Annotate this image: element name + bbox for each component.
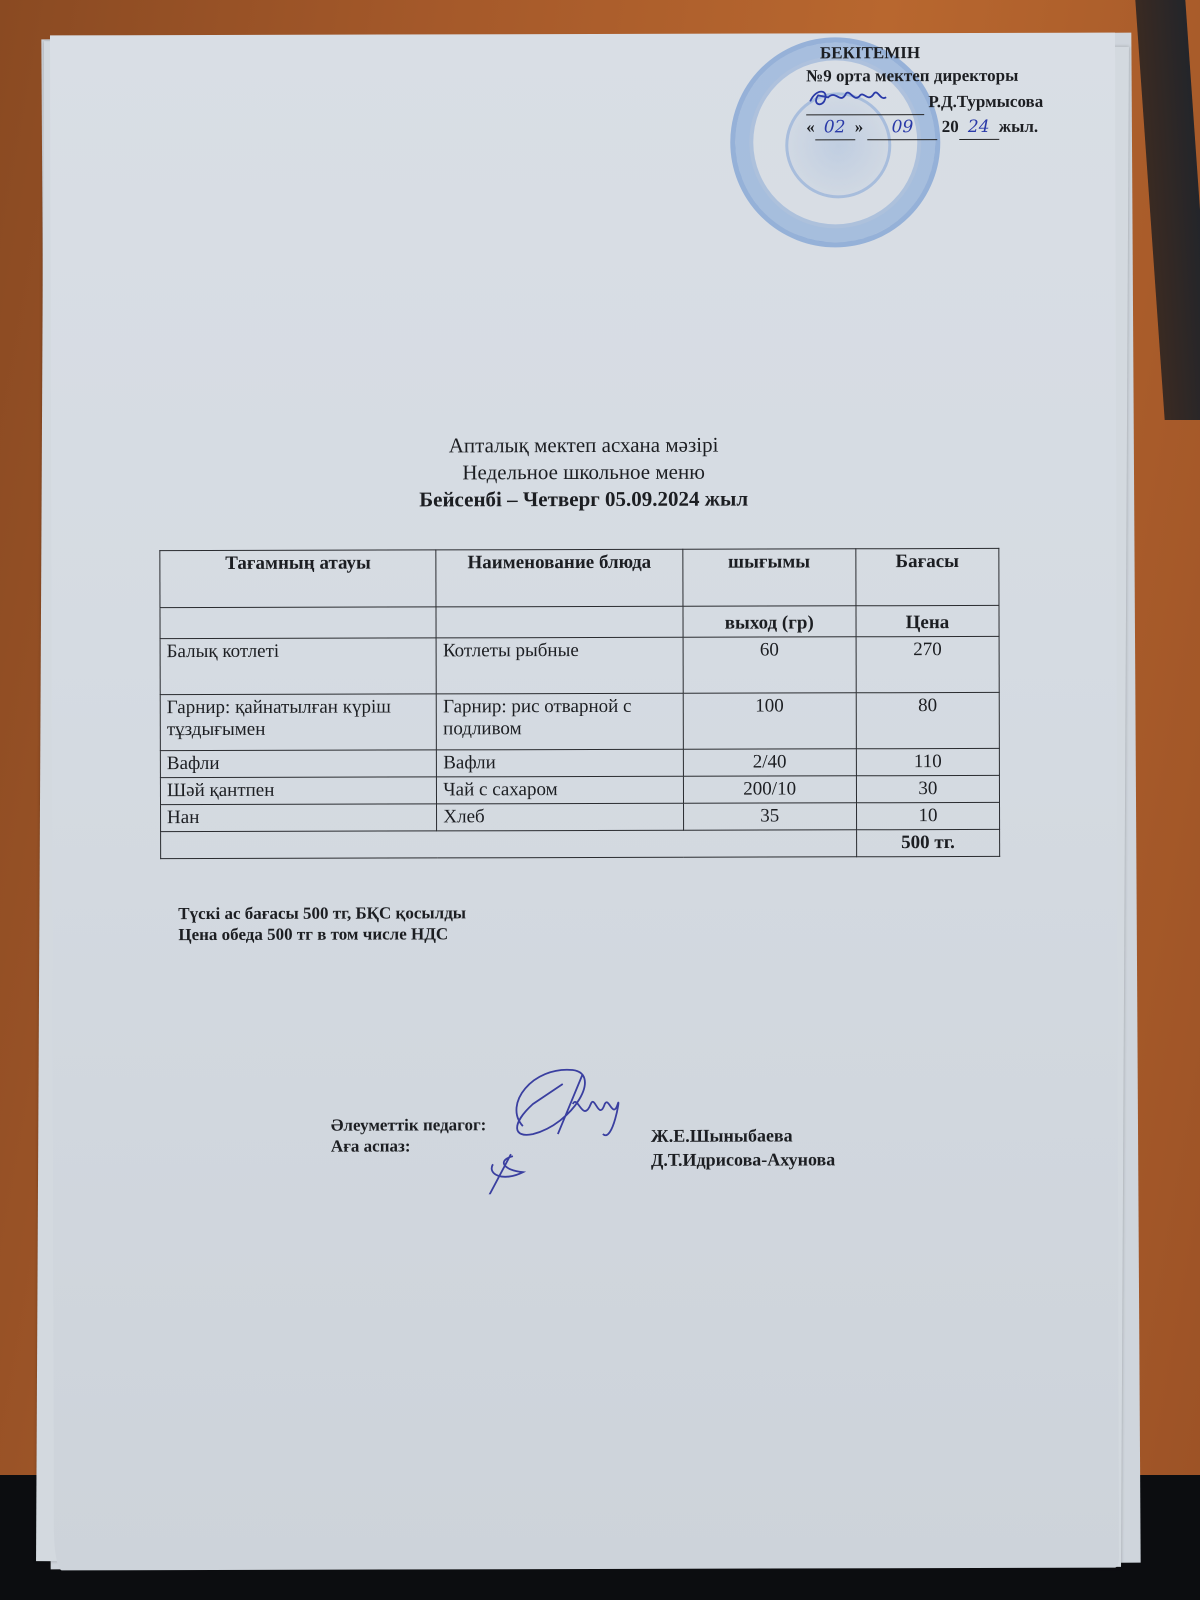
- header-price: Бағасы: [856, 548, 999, 605]
- table-row: Шәй қантпен Чай с сахаром 200/10 30: [160, 775, 999, 804]
- header-kz-name: Тағамның атауы: [160, 550, 436, 608]
- dish-price: 80: [856, 692, 999, 748]
- dish-yield: 60: [683, 637, 856, 693]
- date-month: 09: [867, 116, 937, 140]
- date-quote-close: »: [855, 117, 864, 136]
- dish-price: 270: [856, 636, 999, 692]
- dish-ru: Вафли: [437, 749, 683, 777]
- subheader-price: Цена: [856, 605, 999, 636]
- table-row: Вафли Вафли 2/40 110: [160, 748, 999, 777]
- dish-price: 110: [856, 748, 999, 775]
- note-russian: Цена обеда 500 тг в том числе НДС: [178, 923, 466, 945]
- year-prefix: 20: [942, 117, 959, 136]
- approval-position: №9 орта мектеп директоры: [806, 64, 1106, 88]
- background-shadow: [1135, 0, 1200, 420]
- dish-price: 10: [856, 802, 999, 829]
- table-total-row: 500 тг.: [161, 829, 1000, 858]
- dish-kz: Балық котлеті: [160, 638, 436, 695]
- heading-kazakh: Апталық мектеп асхана мәзірі: [51, 431, 1116, 461]
- total-label-empty: [161, 830, 857, 859]
- signature-icon: [463, 1064, 633, 1194]
- subheader-empty-2: [436, 606, 682, 638]
- menu-heading: Апталық мектеп асхана мәзірі Недельное ш…: [51, 431, 1116, 515]
- date-day: 02: [815, 116, 855, 140]
- total-price: 500 тг.: [856, 829, 999, 856]
- approval-title: БЕКІТЕМІН: [806, 41, 1106, 65]
- year-suffix: 24: [959, 116, 999, 140]
- dish-kz: Гарнир: қайнатылған күріш тұздығымен: [160, 694, 436, 751]
- price-notes: Түскі ас бағасы 500 тг, БҚС қосылды Цена…: [178, 902, 466, 945]
- menu-table: Тағамның атауы Наименование блюда шығымы…: [159, 548, 1000, 859]
- approval-date-line: «02» 09 2024жыл.: [806, 115, 1106, 141]
- director-name: Р.Д.Турмысова: [928, 92, 1043, 111]
- name-social-pedagogue: Ж.Е.Шыныбаева: [651, 1123, 835, 1147]
- menu-document-page: БЕКІТЕМІН №9 орта мектеп директоры Р.Д.Т…: [50, 33, 1119, 1571]
- dish-yield: 35: [683, 803, 856, 830]
- dish-kz: Вафли: [160, 750, 436, 778]
- year-word: жыл.: [999, 117, 1038, 136]
- approval-block: БЕКІТЕМІН №9 орта мектеп директоры Р.Д.Т…: [806, 41, 1106, 141]
- table-subheader-row: выход (гр) Цена: [160, 605, 999, 638]
- approval-director-line: Р.Д.Турмысова: [806, 87, 1106, 116]
- dish-kz: Нан: [161, 804, 437, 832]
- dish-ru: Хлеб: [437, 803, 683, 831]
- dish-yield: 200/10: [683, 776, 856, 803]
- note-kazakh: Түскі ас бағасы 500 тг, БҚС қосылды: [178, 902, 466, 924]
- dish-price: 30: [856, 775, 999, 802]
- table-row: Балық котлеті Котлеты рыбные 60 270: [160, 636, 999, 694]
- dish-yield: 100: [683, 693, 856, 749]
- dish-ru: Чай с сахаром: [437, 776, 683, 804]
- dish-kz: Шәй қантпен: [160, 777, 436, 805]
- table-row: Гарнир: қайнатылған күріш тұздығымен Гар…: [160, 692, 999, 750]
- subheader-empty-1: [160, 607, 436, 639]
- dish-yield: 2/40: [683, 749, 856, 776]
- heading-date: Бейсенбі – Четверг 05.09.2024 жыл: [51, 485, 1116, 515]
- table-header-row: Тағамның атауы Наименование блюда шығымы…: [160, 548, 999, 607]
- signer-names: Ж.Е.Шыныбаева Д.Т.Идрисова-Ахунова: [651, 1123, 835, 1171]
- dish-ru: Гарнир: рис отварной с подливом: [437, 693, 683, 750]
- header-yield: шығымы: [682, 549, 855, 606]
- header-ru-name: Наименование блюда: [436, 549, 682, 607]
- name-head-cook: Д.Т.Идрисова-Ахунова: [651, 1147, 835, 1171]
- date-quote-open: «: [806, 117, 815, 136]
- director-signature-icon: [806, 87, 924, 115]
- heading-russian: Недельное школьное меню: [51, 458, 1116, 488]
- dish-ru: Котлеты рыбные: [436, 637, 682, 694]
- subheader-yield: выход (гр): [683, 606, 856, 637]
- table-row: Нан Хлеб 35 10: [161, 802, 1000, 831]
